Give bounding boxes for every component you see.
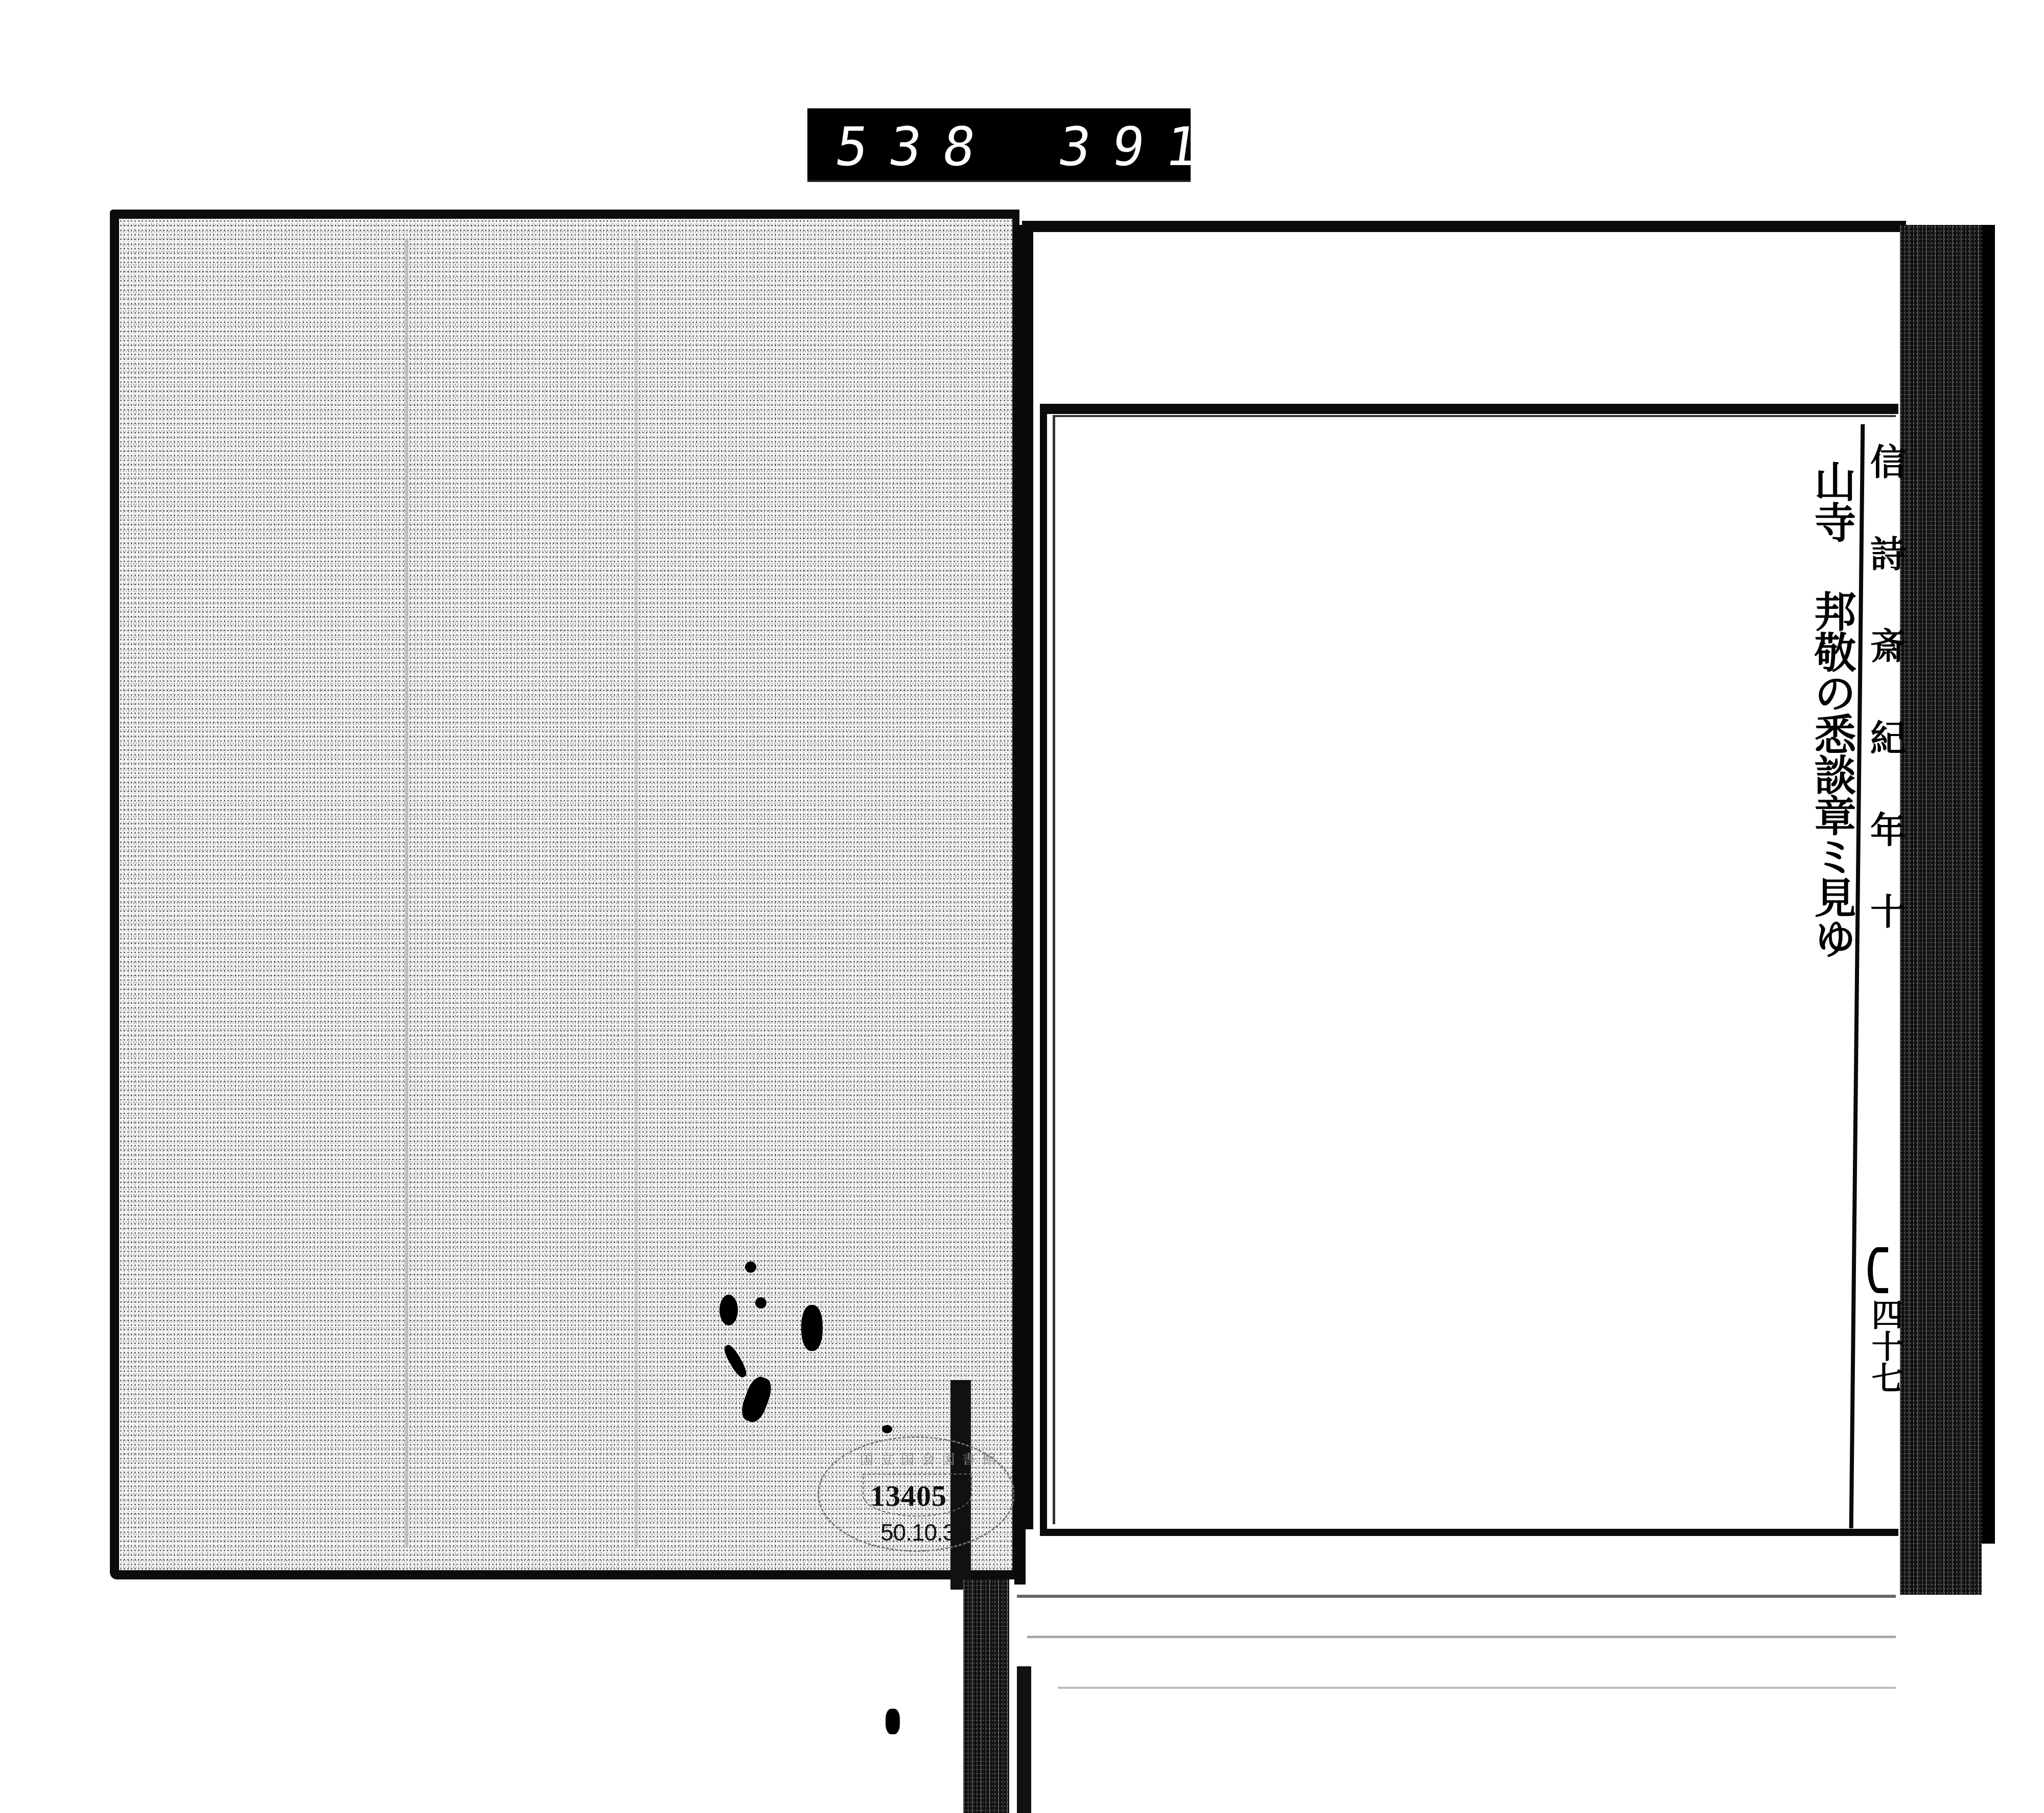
ink-blot <box>755 1297 766 1309</box>
page-stack-edge <box>1017 1533 1896 1598</box>
stamp-header: 国立国会図書館 <box>860 1449 1003 1468</box>
ink-blot <box>886 1709 900 1734</box>
ink-blot <box>801 1305 823 1351</box>
right-page-inner-rule <box>1053 415 1896 1524</box>
fold-bracket <box>1868 1247 1888 1293</box>
title-strip-glyphs: 信 詩 斎 紀 年 十 <box>1870 434 1901 1176</box>
title-glyph: 斎 <box>1870 629 1906 664</box>
title-glyph: 詩 <box>1870 537 1906 572</box>
ink-blot <box>722 1343 749 1380</box>
title-glyph: 信 <box>1870 445 1906 480</box>
bottom-spine-edge <box>1017 1666 1031 1813</box>
ink-blot <box>719 1295 738 1325</box>
title-glyph: 紀 <box>1870 721 1906 756</box>
fore-edge-shadow <box>1982 225 1995 1544</box>
faint-vertical-rule <box>635 239 638 1548</box>
title-glyph: 十 <box>1870 894 1906 930</box>
page-stack-edge <box>1058 1656 1896 1689</box>
page-stack-edge <box>1027 1590 1896 1638</box>
page-number-fold: 四十七 <box>1870 1298 1900 1393</box>
library-stamp: 国立国会図書館 13405 50.10.31 <box>818 1436 1015 1552</box>
reel-number-label: 538 391 <box>807 108 1191 182</box>
ink-blot <box>738 1374 775 1425</box>
bottom-spine <box>963 1579 1009 1813</box>
left-cover-board <box>110 210 1019 1579</box>
ink-blot <box>882 1425 892 1433</box>
title-glyph: 年 <box>1870 813 1906 848</box>
reel-left-number: 538 <box>831 116 1001 178</box>
vertical-text-line: 山寺 邦敬の悉談章ミ見ゆ <box>1809 460 1855 958</box>
stamp-date: 50.10.31 <box>880 1519 968 1546</box>
fore-edge <box>1900 225 1982 1595</box>
reel-right-number: 391 <box>1054 116 1223 178</box>
stamp-accession-number: 13405 <box>870 1479 947 1513</box>
ink-blot <box>745 1261 756 1273</box>
gutter-line <box>1014 225 1026 1585</box>
faint-vertical-rule <box>405 239 408 1548</box>
